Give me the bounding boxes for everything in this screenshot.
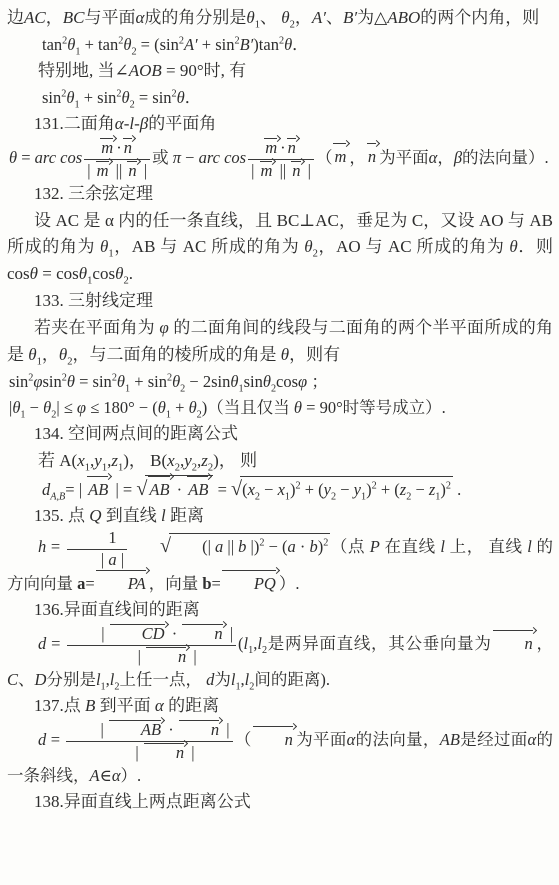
text-run: x	[278, 480, 285, 499]
text-run: ，	[349, 147, 366, 166]
heading-136-skew-lines-distance: 136.异面直线间的距离	[7, 597, 553, 624]
text-run: 、	[18, 670, 35, 689]
text-run: + sin	[130, 372, 167, 391]
para-133-statement: 若夹在平面角为 φ 的二面角间的线段与二面角的两个半平面所成的角是 θ1，θ2，…	[7, 315, 553, 369]
text-run: arc cos	[199, 147, 247, 166]
text-run: −	[411, 480, 429, 499]
heading-135-point-to-line: 135. 点 Q 到直线 l 距离	[7, 503, 553, 530]
text-run: 的平面角	[148, 114, 216, 133]
text-run: =	[85, 574, 94, 593]
text-run: θ	[284, 35, 292, 54]
text-run: |	[138, 647, 145, 666]
text-run: ·	[168, 624, 182, 643]
text-run: β	[140, 114, 148, 133]
vector-overarrow: m	[263, 138, 280, 158]
text-run: −	[260, 480, 278, 499]
text-run: ．	[292, 35, 309, 54]
text-run: |	[87, 161, 94, 180]
text-run: arc cos	[35, 147, 83, 166]
text-run: ．	[185, 88, 202, 107]
text-run: 是两异面直线，其公垂向量为	[267, 634, 491, 653]
text-run: + sin	[198, 35, 235, 54]
text-run: 间的距离).	[254, 670, 330, 689]
text-run: α	[155, 696, 164, 715]
text-run: B	[85, 696, 95, 715]
text-run: 、	[260, 8, 281, 27]
text-run: )tan	[253, 35, 279, 54]
formula-134-distance: dA,B= | AB | = √AB · AB = √(x2 − x1)2 + …	[7, 475, 553, 503]
text-run: 138.异面直线上两点距离公式	[34, 792, 251, 811]
text-run: ||	[112, 161, 127, 180]
text-run: z	[201, 451, 208, 470]
text-run: 为平面	[379, 147, 429, 166]
sqrt-radical: √AB · AB	[136, 475, 213, 503]
text-run: 上任一点，	[119, 670, 206, 689]
vector-overarrow: AB	[147, 476, 172, 503]
fraction-numerator: m·n	[248, 138, 314, 160]
text-run: （	[235, 730, 252, 749]
vector-overarrow: n	[126, 161, 139, 181]
text-run: b	[202, 574, 211, 593]
sqrt-radical: √(x2 − x1)2 + (y2 − y1)2 + (z2 − z1)2	[231, 476, 453, 503]
text-run: AC	[24, 8, 46, 27]
text-run: （点	[330, 537, 369, 556]
sqrt-radicand: (| a || b |)2 − (a · b)2	[169, 533, 330, 560]
text-run: −	[181, 147, 199, 166]
text-run: b	[310, 537, 318, 556]
vector-overarrow: PQ	[221, 570, 279, 597]
text-run: AB	[440, 730, 460, 749]
text-run: = sin	[75, 372, 112, 391]
text-run: 132. 三余弦定理	[34, 184, 153, 203]
text-run: 若 A(	[38, 451, 77, 470]
text-run: |	[226, 624, 233, 643]
text-run: 与平面	[84, 8, 135, 27]
text-run: θ	[177, 88, 185, 107]
text-run: 136.异面直线间的距离	[34, 600, 200, 619]
text-run: π	[173, 147, 181, 166]
intro-continuation-paragraph: 边AC，BC与平面α成的角分别是θ1、 θ2，A′、B′为△ABO的两个内角，则	[7, 5, 553, 32]
text-run: 135. 点	[34, 506, 89, 525]
text-run: |	[304, 161, 311, 180]
text-run: α	[115, 114, 124, 133]
text-run: sin	[9, 372, 28, 391]
text-run: ·	[164, 720, 178, 739]
text-run: =	[46, 537, 65, 556]
text-run: + (	[301, 480, 324, 499]
vector-overarrow: n	[290, 161, 303, 181]
text-run: 134. 空间两点间的距离公式	[34, 424, 238, 443]
vector-overarrow: AB	[108, 720, 164, 740]
text-run: .	[129, 264, 133, 283]
vector-overarrow: CD	[109, 624, 168, 644]
fraction-numerator: | CD · n |	[67, 624, 236, 646]
text-run: |	[117, 550, 124, 569]
text-run: α	[528, 730, 537, 749]
text-run: A′	[184, 35, 198, 54]
text-run: φ	[159, 318, 168, 337]
text-run: + sin	[80, 88, 117, 107]
vector-overarrow: m	[95, 161, 112, 181]
text-run: |	[101, 624, 108, 643]
text-run: 成的角分别是	[144, 8, 246, 27]
formula-tangent-sum: tan2θ1 + tan2θ2 = (sin2A′ + sin2B′)tan2θ…	[7, 32, 553, 58]
text-run: A	[90, 766, 100, 785]
text-run: P	[370, 537, 380, 556]
text-run: 1	[108, 528, 116, 547]
text-run: x	[248, 480, 255, 499]
text-run: )， B(	[123, 451, 167, 470]
text-run: θ	[246, 8, 254, 27]
text-run: + (	[377, 480, 400, 499]
text-run: |	[135, 743, 142, 762]
text-run: a	[108, 550, 116, 569]
vector-overarrow: n	[286, 138, 299, 158]
text-run: = sin	[135, 88, 172, 107]
sqrt-radicand: AB · AB	[145, 475, 213, 503]
text-run: ，向量	[149, 574, 203, 593]
text-run: 的法向量）.	[462, 147, 549, 166]
text-run: θ	[67, 372, 75, 391]
subscript: A,B	[50, 491, 65, 502]
text-run: θ	[281, 345, 289, 364]
formula-136-distance: d = | CD · n || n |(l1,l2是两异面直线，其公垂向量为n，…	[7, 624, 553, 693]
text-run: ，	[536, 634, 553, 653]
text-run: y	[94, 451, 102, 470]
fraction: m·n| m || n |	[248, 138, 314, 181]
text-run: ∈	[100, 766, 112, 785]
text-run: θ	[9, 147, 17, 166]
text-run: ，	[295, 8, 312, 27]
text-run: −	[26, 398, 44, 417]
text-run: .	[453, 480, 461, 499]
text-run: θ	[304, 237, 312, 256]
vector-overarrow: n	[492, 630, 536, 657]
text-run: 特别地, 当∠	[38, 61, 129, 80]
text-run: sin	[43, 372, 62, 391]
vector-overarrow: PA	[95, 570, 149, 597]
fraction: | AB · n || n |	[66, 720, 232, 763]
text-run: = |	[65, 480, 86, 499]
para-134-given: 若 A(x1,y1,z1)， B(x2,y2,z2)， 则	[7, 448, 553, 475]
text-run: (|	[202, 537, 215, 556]
formula-135-distance: h = 1| a |√(| a || b |)2 − (a · b)2（点 P …	[7, 529, 553, 597]
text-run: 在直线	[380, 537, 441, 556]
text-run: ，与二面角的棱所成的角是	[73, 345, 281, 364]
text-run: B′	[343, 8, 357, 27]
fraction-denominator: | n |	[66, 742, 232, 763]
text-run: θ	[59, 345, 67, 364]
heading-133-three-rays: 133. 三射线定理	[7, 288, 553, 315]
fraction-numerator: 1	[67, 529, 127, 550]
text-run: θ	[189, 398, 197, 417]
text-run: ·	[296, 537, 310, 556]
text-run: 或	[152, 147, 173, 166]
text-run: =	[46, 634, 65, 653]
fraction-numerator: | AB · n |	[66, 720, 232, 742]
text-run: d	[42, 480, 50, 499]
formula-133-identity: sin2φsin2θ = sin2θ1 + sin2θ2 − 2sinθ1sin…	[7, 369, 553, 395]
text-run: 为	[214, 670, 231, 689]
text-run: ）.	[120, 766, 141, 785]
text-run: φ	[77, 398, 86, 417]
text-run: AOB	[129, 61, 162, 80]
text-run: |	[251, 161, 258, 180]
fraction-denominator: | a |	[67, 550, 127, 570]
text-run: sin	[42, 88, 61, 107]
text-run: ，AB 与 AC 所成的角为	[114, 237, 305, 256]
text-run: θ	[509, 237, 517, 256]
heading-131-dihedral-angle: 131.二面角α-l-β的平面角	[7, 111, 553, 138]
text-run: 、	[326, 8, 343, 27]
text-run: − (	[264, 537, 287, 556]
text-run: x	[167, 451, 175, 470]
text-run: ，	[42, 345, 59, 364]
text-run: △	[374, 8, 387, 27]
superscript: 2	[323, 538, 328, 549]
heading-134-distance-two-points: 134. 空间两点间的距离公式	[7, 421, 553, 448]
text-run: |	[222, 720, 229, 739]
text-run: θ	[294, 398, 302, 417]
text-run: 131.二面角	[34, 114, 115, 133]
text-run: 若夹在平面角为	[34, 318, 159, 337]
text-run: θ	[43, 398, 51, 417]
text-run: = cos	[38, 264, 79, 283]
text-run: ，则有	[289, 345, 340, 364]
vector-overarrow: n	[366, 143, 379, 170]
text-run: ；	[307, 372, 328, 391]
vector-overarrow: n	[181, 624, 225, 644]
text-run: 的法向量，	[355, 730, 439, 749]
text-run: 为	[357, 8, 374, 27]
text-run: y	[324, 480, 331, 499]
fraction-denominator: | m || n |	[248, 160, 314, 181]
text-run: BC	[63, 8, 85, 27]
formula-137-distance: d = | AB · n || n |（n为平面α的法向量，AB是经过面α的一条…	[7, 720, 553, 789]
text-run: 的两个内角，则	[420, 8, 539, 27]
text-run: A′	[312, 8, 326, 27]
text-run: 距离	[166, 506, 204, 525]
text-run: φ	[298, 372, 307, 391]
text-run: | ≤	[56, 398, 77, 417]
text-run: 上， 直线	[445, 537, 527, 556]
vector-overarrow: n	[143, 743, 187, 763]
text-run: |)	[246, 537, 259, 556]
text-run: ·	[173, 480, 187, 499]
text-run: =	[17, 147, 35, 166]
text-run: a	[288, 537, 296, 556]
text-run: θ	[28, 345, 36, 364]
text-run: Q	[89, 506, 101, 525]
text-run: y	[354, 480, 361, 499]
text-run: =	[213, 480, 231, 499]
text-run: |	[187, 743, 194, 762]
vector-overarrow: m	[259, 161, 276, 181]
text-run: θ	[158, 398, 166, 417]
formula-133-inequality: |θ1 − θ2| ≤ φ ≤ 180° − (θ1 + θ2)（当且仅当 θ …	[7, 395, 553, 421]
text-run: + tan	[81, 35, 119, 54]
heading-137-point-to-plane: 137.点 B 到平面 α 的距离	[7, 693, 553, 720]
text-run: |	[189, 647, 196, 666]
text-run: D	[35, 670, 47, 689]
text-run: − 2sin	[185, 372, 230, 391]
special-case-line: 特别地, 当∠AOB = 90°时, 有	[7, 58, 553, 85]
heading-132-three-cosines: 132. 三余弦定理	[7, 181, 553, 208]
text-run: 为平面	[296, 730, 347, 749]
document-page: 边AC，BC与平面α成的角分别是θ1、 θ2，A′、B′为△ABO的两个内角，则…	[0, 0, 559, 885]
text-run: 分别是	[46, 670, 96, 689]
text-run: z	[111, 451, 118, 470]
text-run: d	[38, 730, 46, 749]
text-run: θ	[79, 264, 87, 283]
fraction: m·n| m || n |	[84, 138, 150, 181]
text-run: sin	[244, 372, 263, 391]
text-run: ，	[437, 147, 454, 166]
vector-overarrow: n	[145, 647, 189, 667]
text-run: B′	[240, 35, 254, 54]
text-run: β	[454, 147, 462, 166]
text-run: 边	[7, 8, 24, 27]
text-run: = 90°时等号成立）.	[302, 398, 446, 417]
formula-sine-sum: sin2θ1 + sin2θ2 = sin2θ．	[7, 85, 553, 111]
text-run: 133. 三射线定理	[34, 291, 153, 310]
text-run: =	[212, 574, 221, 593]
text-run: |	[100, 720, 107, 739]
superscript: 2	[446, 480, 451, 491]
vector-overarrow: AB	[186, 476, 211, 503]
text-run: d	[38, 634, 46, 653]
vector-overarrow: AB	[86, 476, 111, 503]
text-run: )， 则	[213, 451, 257, 470]
heading-138-two-points-on-skew-lines: 138.异面直线上两点距离公式	[7, 789, 553, 816]
text-run: θ	[281, 8, 289, 27]
vector-overarrow: n	[122, 138, 135, 158]
para-132-statement: 设 AC 是 α 内的任一条直线，且 BC⊥AC，垂足为 C，又设 AO 与 A…	[7, 208, 553, 289]
text-run: 到平面	[95, 696, 155, 715]
text-run: 到直线	[102, 506, 162, 525]
text-run: 的距离	[164, 696, 219, 715]
text-run: ABO	[387, 8, 420, 27]
text-run: ||	[223, 537, 238, 556]
text-run: = (sin	[137, 35, 179, 54]
sqrt-radicand: (x2 − x1)2 + (y2 − y1)2 + (z2 − z1)2	[240, 476, 453, 503]
text-run: = 90°时, 有	[162, 61, 246, 80]
fraction-denominator: | m || n |	[84, 160, 150, 181]
fraction-denominator: | n |	[67, 646, 236, 667]
text-run: C	[7, 670, 18, 689]
text-run: （	[316, 147, 333, 166]
text-run: )（当且仅当	[202, 398, 294, 417]
formula-131-arccos: θ = arc cosm·n| m || n |或 π − arc cosm·n…	[7, 138, 553, 181]
text-run: tan	[42, 35, 62, 54]
text-run: |	[140, 161, 147, 180]
text-run: h	[38, 537, 46, 556]
text-run: x	[77, 451, 85, 470]
text-run: ，	[46, 8, 63, 27]
sqrt-radical: √(| a || b |)2 − (a · b)2	[129, 533, 330, 560]
vector-overarrow: m	[99, 138, 116, 158]
text-run: φ	[33, 372, 42, 391]
text-run: ≤ 180° − (	[86, 398, 158, 417]
text-run: 是经过面	[460, 730, 528, 749]
text-run: θ	[30, 264, 38, 283]
vector-overarrow: n	[178, 720, 222, 740]
text-run: ）.	[279, 574, 300, 593]
fraction: 1| a |	[67, 529, 127, 570]
text-run: ||	[275, 161, 290, 180]
text-run: θ	[122, 88, 130, 107]
text-run: cos	[276, 372, 298, 391]
text-run: θ	[172, 372, 180, 391]
text-run: y	[184, 451, 192, 470]
text-run: θ	[263, 372, 271, 391]
text-run: 137.点	[34, 696, 85, 715]
text-run: ，AO 与 AC 所成的角为	[318, 237, 510, 256]
text-run: cos	[92, 264, 115, 283]
fraction-numerator: m·n	[84, 138, 150, 160]
text-run: =	[46, 730, 64, 749]
fraction: | CD · n || n |	[67, 624, 236, 667]
vector-overarrow: m	[332, 143, 349, 170]
text-run: +	[171, 398, 189, 417]
text-run: | =	[111, 480, 136, 499]
text-run: θ	[117, 372, 125, 391]
vector-overarrow: n	[252, 726, 296, 753]
text-run: −	[336, 480, 354, 499]
